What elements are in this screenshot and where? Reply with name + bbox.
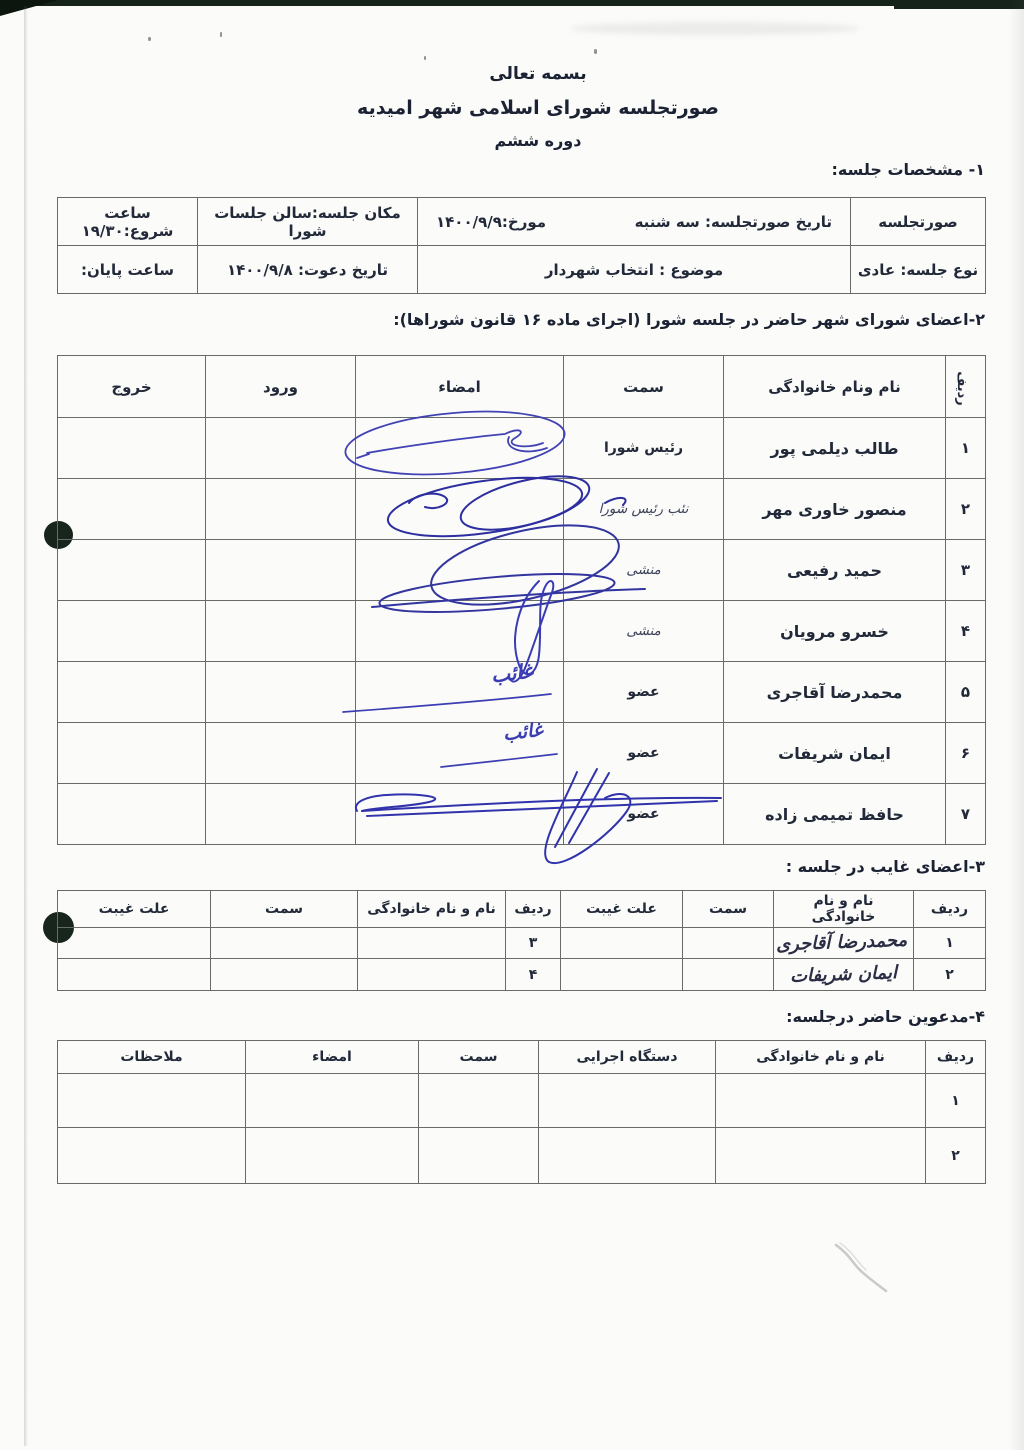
absent-no-right: ۱ [914, 928, 986, 959]
member-row: ۳ حمید رفیعی منشی [58, 540, 986, 601]
section3-label: ۳-اعضای غایب در جلسه : [786, 857, 985, 876]
member-signature-cell [356, 723, 564, 784]
invitee-agency-cell [539, 1128, 716, 1184]
absent-name-left [358, 959, 506, 991]
col-header-name: نام و نام خانوادگی [358, 891, 506, 928]
col-header-notes: ملاحظات [58, 1041, 246, 1074]
col-header-name: نام و نام خانوادگی [716, 1041, 926, 1074]
section2-label: ۲-اعضای شورای شهر حاضر در جلسه شورا (اجر… [393, 310, 985, 329]
member-signature-cell [356, 784, 564, 845]
member-position: عضو [564, 784, 724, 845]
section1-label: ۱- مشخصات جلسه: [831, 160, 985, 179]
absent-position-right [683, 928, 774, 959]
absent-name-left [358, 928, 506, 959]
invitee-notes-cell [58, 1074, 246, 1128]
col-header-exit: خروج [58, 356, 206, 418]
col-header-row-number: ردیف [506, 891, 561, 928]
absent-member-row: ۱ محمدرضا آقاجری ۳ [58, 928, 986, 959]
member-entry-cell [206, 601, 356, 662]
member-no: ۴ [946, 601, 986, 662]
member-exit-cell [58, 723, 206, 784]
document-header: بسمه تعالی صورتجلسه شورای اسلامی شهر امی… [52, 64, 1024, 150]
term-line: دوره ششم [52, 131, 1024, 150]
scanned-document-page: { "header": { "bismillah": "بسمه تعالی",… [0, 0, 1024, 1450]
member-position: رئیس شورا [564, 418, 724, 479]
member-row: ۷ حافظ تمیمی زاده عضو [58, 784, 986, 845]
member-name: طالب دیلمی پور [724, 418, 946, 479]
col-header-signature: امضاء [246, 1041, 419, 1074]
member-position: منشی [564, 540, 724, 601]
invitee-no: ۲ [926, 1128, 986, 1184]
invite-date-cell: تاریخ دعوت: ۱۴۰۰/۹/۸ [198, 246, 418, 294]
member-no: ۷ [946, 784, 986, 845]
col-header-absence-reason: علت غیبت [561, 891, 683, 928]
scan-speck [424, 56, 426, 60]
handwritten-name: ایمان شریفات [790, 964, 898, 986]
invitee-position-cell [419, 1074, 539, 1128]
absent-no-right: ۲ [914, 959, 986, 991]
member-exit-cell [58, 479, 206, 540]
member-entry-cell [206, 479, 356, 540]
invitee-row: ۲ [58, 1128, 986, 1184]
minutes-date-cell: تاریخ صورتجلسه: سه شنبه مورخ:۱۴۰۰/۹/۹ [418, 198, 851, 246]
member-row: ۲ منصور خاوری مهر نئب رئیس شورا [58, 479, 986, 540]
absent-name-right: ایمان شریفات [774, 959, 914, 991]
end-time-cell: ساعت پایان: [58, 246, 198, 294]
absent-name-right: محمدرضا آقاجری [774, 928, 914, 959]
absent-member-row: ۲ ایمان شریفات ۴ [58, 959, 986, 991]
member-exit-cell [58, 784, 206, 845]
meeting-type-cell: نوع جلسه: عادی [851, 246, 986, 294]
scan-top-edge-right [894, 0, 1024, 9]
member-entry-cell [206, 418, 356, 479]
meeting-info-row2: نوع جلسه: عادی موضوع : انتخاب شهردار تار… [58, 246, 986, 294]
invitee-agency-cell [539, 1074, 716, 1128]
paper-left-edge [24, 6, 28, 1446]
member-entry-cell [206, 723, 356, 784]
member-exit-cell [58, 601, 206, 662]
scan-smudge [570, 22, 860, 35]
invitee-notes-cell [58, 1128, 246, 1184]
col-header-position: سمت [683, 891, 774, 928]
member-exit-cell [58, 418, 206, 479]
absent-position-right [683, 959, 774, 991]
member-entry-cell [206, 784, 356, 845]
member-signature-cell [356, 479, 564, 540]
absent-reason-right [561, 959, 683, 991]
col-header-position: سمت [564, 356, 724, 418]
meeting-info-row1: صورتجلسه تاریخ صورتجلسه: سه شنبه مورخ:۱۴… [58, 198, 986, 246]
col-header-entry: ورود [206, 356, 356, 418]
paper-crease [818, 1233, 913, 1308]
col-header-signature: امضاء [356, 356, 564, 418]
start-time-cell: ساعت شروع:۱۹/۳۰ [58, 198, 198, 246]
invitees-header-row: ردیف نام و نام خانوادگی دستگاه اجرایی سم… [58, 1041, 986, 1074]
minutes-cell: صورتجلسه [851, 198, 986, 246]
col-header-position: سمت [419, 1041, 539, 1074]
invitee-name-cell [716, 1074, 926, 1128]
scan-speck [220, 32, 222, 37]
absent-reason-left [58, 959, 211, 991]
minutes-date-label: تاریخ صورتجلسه: سه شنبه [635, 213, 832, 231]
invitee-position-cell [419, 1128, 539, 1184]
col-header-position: سمت [211, 891, 358, 928]
member-entry-cell [206, 540, 356, 601]
member-exit-cell [58, 540, 206, 601]
present-members-header-row: ردیف نام ونام خانوادگی سمت امضاء ورود خر… [58, 356, 986, 418]
member-no: ۱ [946, 418, 986, 479]
invitee-signature-cell [246, 1074, 419, 1128]
member-name: حمید رفیعی [724, 540, 946, 601]
bismillah-line: بسمه تعالی [52, 64, 1024, 84]
member-position: منشی [564, 601, 724, 662]
member-name: حافظ تمیمی زاده [724, 784, 946, 845]
member-name: خسرو مرویان [724, 601, 946, 662]
absent-members-header-row: ردیف نام و نام خانوادگی سمت علت غیبت ردی… [58, 891, 986, 928]
invitees-table: ردیف نام و نام خانوادگی دستگاه اجرایی سم… [57, 1040, 986, 1184]
section4-label: ۴-مدعوین حاضر درجلسه: [786, 1007, 985, 1026]
absent-position-left [211, 928, 358, 959]
member-name: محمدرضا آقاجری [724, 662, 946, 723]
member-signature-cell [356, 418, 564, 479]
page-title: صورتجلسه شورای اسلامی شهر امیدیه [52, 97, 1024, 119]
scan-speck [594, 49, 597, 54]
absent-reason-left [58, 928, 211, 959]
member-signature-cell [356, 601, 564, 662]
absent-no-left: ۴ [506, 959, 561, 991]
member-row: ۵ محمدرضا آقاجری عضو [58, 662, 986, 723]
absent-members-table: ردیف نام و نام خانوادگی سمت علت غیبت ردی… [57, 890, 986, 991]
member-position: نئب رئیس شورا [564, 479, 724, 540]
member-no: ۵ [946, 662, 986, 723]
meeting-location-cell: مکان جلسه:سالن جلسات شورا [198, 198, 418, 246]
member-signature-cell [356, 540, 564, 601]
col-header-row-number: ردیف [946, 356, 986, 418]
col-header-name: نام و نام خانوادگی [774, 891, 914, 928]
member-name: منصور خاوری مهر [724, 479, 946, 540]
scan-top-edge [0, 0, 1024, 6]
invitee-no: ۱ [926, 1074, 986, 1128]
member-row: ۴ خسرو مرویان منشی [58, 601, 986, 662]
present-members-table: ردیف نام ونام خانوادگی سمت امضاء ورود خر… [57, 355, 986, 845]
meeting-subject-cell: موضوع : انتخاب شهردار [418, 246, 851, 294]
member-no: ۲ [946, 479, 986, 540]
paper-right-edge [1008, 0, 1024, 1450]
member-entry-cell [206, 662, 356, 723]
invitee-row: ۱ [58, 1074, 986, 1128]
col-header-name: نام ونام خانوادگی [724, 356, 946, 418]
handwritten-name: محمدرضا آقاجری [776, 932, 908, 955]
absent-no-left: ۳ [506, 928, 561, 959]
col-header-row-number: ردیف [926, 1041, 986, 1074]
scan-corner-shadow [0, 0, 58, 16]
col-header-agency: دستگاه اجرایی [539, 1041, 716, 1074]
invitee-name-cell [716, 1128, 926, 1184]
member-position: عضو [564, 662, 724, 723]
member-row: ۱ طالب دیلمی پور رئیس شورا [58, 418, 986, 479]
invitee-signature-cell [246, 1128, 419, 1184]
minutes-date-value: مورخ:۱۴۰۰/۹/۹ [436, 213, 546, 231]
meeting-info-table: صورتجلسه تاریخ صورتجلسه: سه شنبه مورخ:۱۴… [57, 197, 986, 294]
col-header-absence-reason: علت غیبت [58, 891, 211, 928]
absent-position-left [211, 959, 358, 991]
member-exit-cell [58, 662, 206, 723]
member-no: ۳ [946, 540, 986, 601]
member-position: عضو [564, 723, 724, 784]
member-signature-cell [356, 662, 564, 723]
col-header-row-number: ردیف [914, 891, 986, 928]
member-no: ۶ [946, 723, 986, 784]
absent-reason-right [561, 928, 683, 959]
scan-speck [148, 37, 151, 41]
member-name: ایمان شریفات [724, 723, 946, 784]
member-row: ۶ ایمان شریفات عضو [58, 723, 986, 784]
